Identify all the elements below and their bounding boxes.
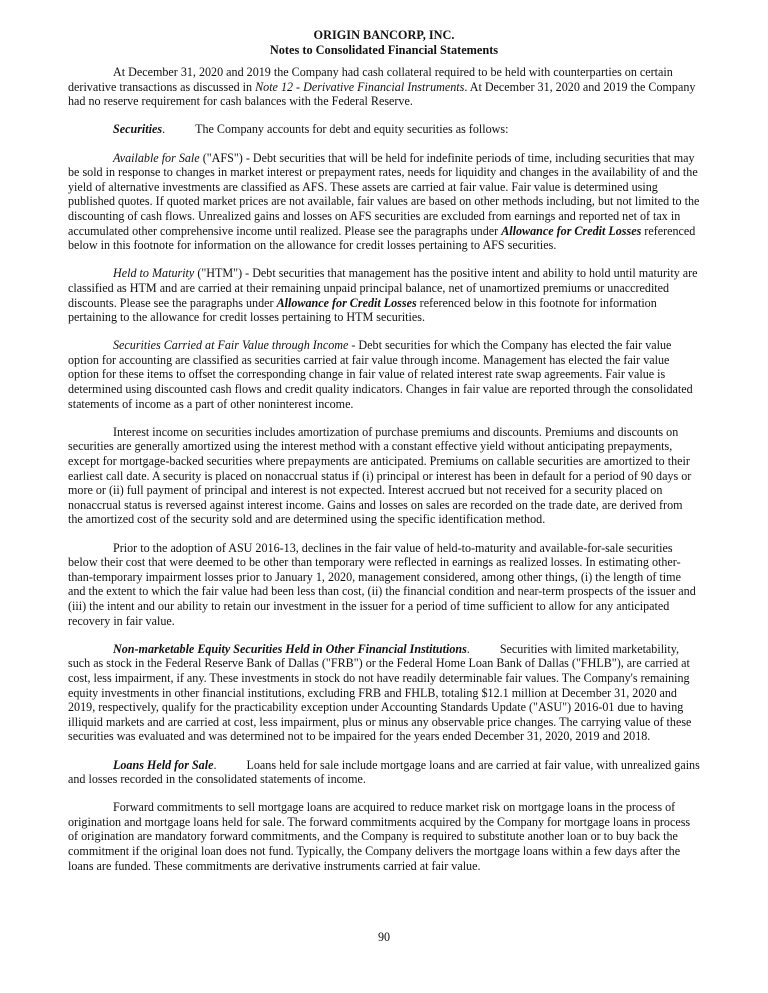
text: Securities with limited marketability, s… xyxy=(68,642,691,744)
page-title: Notes to Consolidated Financial Statemen… xyxy=(68,43,700,58)
non-marketable-paragraph: Non-marketable Equity Securities Held in… xyxy=(68,642,700,744)
text: . xyxy=(467,642,470,656)
note-reference: Note 12 - Derivative Financial Instrumen… xyxy=(255,80,464,94)
section-heading-loans-held-for-sale: Loans Held for Sale xyxy=(113,758,213,772)
allowance-reference: Allowance for Credit Losses xyxy=(277,296,417,310)
loans-held-for-sale-paragraph: Loans Held for Sale.Loans held for sale … xyxy=(68,758,700,787)
term-afs: Available for Sale xyxy=(113,151,200,165)
term-htm: Held to Maturity xyxy=(113,266,194,280)
prior-adoption-paragraph: Prior to the adoption of ASU 2016-13, de… xyxy=(68,541,700,629)
htm-paragraph: Held to Maturity ("HTM") - Debt securiti… xyxy=(68,266,700,324)
text: The Company accounts for debt and equity… xyxy=(195,122,508,136)
fair-value-income-paragraph: Securities Carried at Fair Value through… xyxy=(68,338,700,411)
text: . xyxy=(162,122,165,136)
document-page: ORIGIN BANCORP, INC. Notes to Consolidat… xyxy=(68,28,700,887)
section-heading-non-marketable: Non-marketable Equity Securities Held in… xyxy=(113,642,467,656)
securities-paragraph: Securities.The Company accounts for debt… xyxy=(68,122,700,137)
interest-income-paragraph: Interest income on securities includes a… xyxy=(68,425,700,527)
forward-commitments-paragraph: Forward commitments to sell mortgage loa… xyxy=(68,800,700,873)
afs-paragraph: Available for Sale ("AFS") - Debt securi… xyxy=(68,151,700,253)
company-name: ORIGIN BANCORP, INC. xyxy=(68,28,700,43)
term-fvti: Securities Carried at Fair Value through… xyxy=(113,338,348,352)
text: . xyxy=(213,758,216,772)
section-heading-securities: Securities xyxy=(113,122,162,136)
allowance-reference: Allowance for Credit Losses xyxy=(501,224,641,238)
collateral-paragraph: At December 31, 2020 and 2019 the Compan… xyxy=(68,65,700,109)
page-number: 90 xyxy=(0,930,768,945)
